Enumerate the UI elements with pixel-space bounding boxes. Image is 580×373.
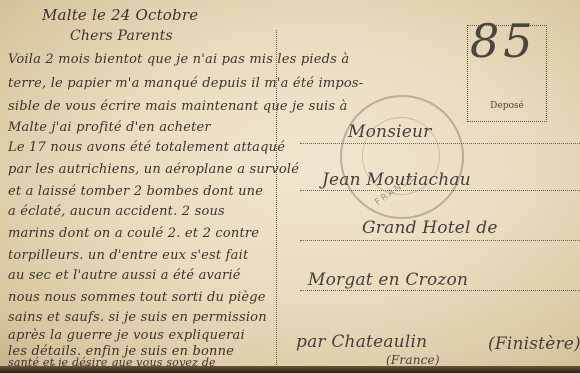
stamp-label: Deposé xyxy=(468,101,546,111)
message-line: et a laissé tomber 2 bombes dont une xyxy=(8,184,263,199)
address-line: Monsieur xyxy=(348,122,432,142)
address-rule xyxy=(300,190,580,191)
salutation: Chers Parents xyxy=(70,28,173,44)
message-line: au sec et l'autre aussi a été avarié xyxy=(8,268,241,283)
message-line: après la guerre je vous expliquerai xyxy=(8,328,245,343)
message-line: sains et saufs. si je suis en permission xyxy=(8,310,267,325)
message-line: Le 17 nous avons été totalement attaqué xyxy=(8,140,285,155)
address-rule xyxy=(300,290,580,291)
postmark-stamp: FRANCE xyxy=(340,95,464,219)
address-line: Morgat en Crozon xyxy=(308,270,468,290)
message-line: marins dont on a coulé 2. et 2 contre xyxy=(8,226,259,241)
message-line: terre, le papier m'a manqué depuis il m'… xyxy=(8,76,363,91)
address-line: Jean Moutiachau xyxy=(322,170,471,190)
message-line: a éclaté, aucun accident. 2 sous xyxy=(8,204,225,219)
message-line: torpilleurs. un d'entre eux s'est fait xyxy=(8,248,248,263)
address-line: (France) xyxy=(386,353,440,367)
message-line: nous nous sommes tout sorti du piège xyxy=(8,290,266,305)
address-rule xyxy=(300,240,580,241)
postcard-back: Malte le 24 Octobre Chers Parents Voila … xyxy=(0,0,580,368)
stamp-handwritten-number: 85 xyxy=(470,14,537,68)
address-rule xyxy=(300,143,580,144)
message-line: Voila 2 mois bientot que je n'ai pas mis… xyxy=(8,52,349,67)
message-line: sible de vous écrire mais maintenant que… xyxy=(8,99,348,114)
address-line: Grand Hotel de xyxy=(362,218,498,238)
message-line: par les autrichiens, un aéroplane a surv… xyxy=(8,162,299,177)
date-line: Malte le 24 Octobre xyxy=(42,6,198,24)
address-line: (Finistère) xyxy=(488,334,580,354)
address-line: par Chateaulin xyxy=(296,332,427,352)
message-line: Malte j'ai profité d'en acheter xyxy=(8,120,211,135)
card-bottom-edge xyxy=(0,366,580,373)
